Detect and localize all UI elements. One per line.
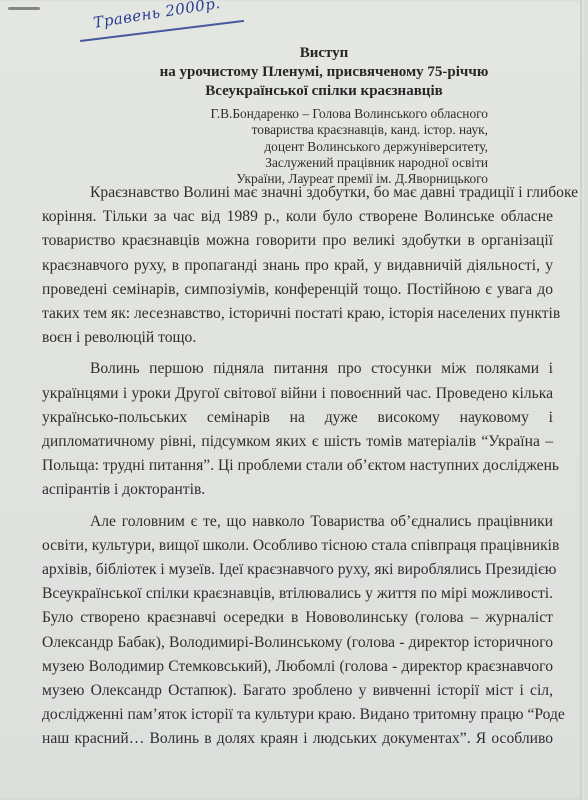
author-line: товариства краєзнавців, канд. істор. нау… xyxy=(128,122,488,138)
text-line: Але головним є те, що навколо Товариства… xyxy=(42,510,553,534)
text-line: Олександр Бабак), Володимирі-Волинському… xyxy=(42,631,553,655)
text-line: дипломатичному рівні, підсумком яких є ш… xyxy=(42,430,553,454)
text-line: Польща: трудні питання”. Ці проблеми ста… xyxy=(42,454,553,478)
handwritten-date-note: Травень 2000р. xyxy=(92,0,222,32)
paragraph-3: Але головним є те, що навколо Товариства… xyxy=(42,510,553,752)
text-line: українсько-польських семінарів на дуже в… xyxy=(42,406,553,430)
author-line: доцент Волинського держуніверситету, xyxy=(128,139,488,155)
text-line: проведені семінарів, симпозіумів, конфер… xyxy=(42,278,553,302)
text-line: музею Володимир Стемковський), Любомлі (… xyxy=(42,655,553,679)
text-line: таких тем як: лесезнавство, історичні по… xyxy=(42,302,553,326)
document-body: Краєзнавство Волині має значні здобутки,… xyxy=(42,181,553,759)
text-line: українцями і уроки Другої світової війни… xyxy=(42,382,553,406)
document-page: Травень 2000р. Виступ на урочистому Плен… xyxy=(0,0,584,800)
title-line-2: на урочистому Пленумі, присвяченому 75-р… xyxy=(60,63,588,82)
text-line: воєн і революцій тощо. xyxy=(42,326,553,350)
page-edge xyxy=(580,0,584,800)
text-line: Краєзнавство Волині має значні здобутки,… xyxy=(42,181,553,205)
author-line: Г.В.Бондаренко – Голова Волинського обла… xyxy=(128,106,488,122)
text-line: аспірантів і докторантів. xyxy=(42,478,553,502)
text-line: товариство краєзнавців можна говорити пр… xyxy=(42,229,553,253)
text-line: коріння. Тільки за час від 1989 р., коли… xyxy=(42,205,553,229)
text-line: музею Олександр Остапюк). Багато зроблен… xyxy=(42,679,553,703)
text-line: Волинь першою підняла питання про стосун… xyxy=(42,357,553,381)
text-line: краєзнавчого руху, в пропаганді знань пр… xyxy=(42,254,553,278)
paragraph-2: Волинь першою підняла питання про стосун… xyxy=(42,357,553,502)
author-credentials: Г.В.Бондаренко – Голова Волинського обла… xyxy=(128,106,488,187)
text-line: наш красний… Волинь в долях краян і людс… xyxy=(42,727,553,751)
text-line: освіти, культури, вищої школи. Особливо … xyxy=(42,534,553,558)
staple-mark xyxy=(8,7,40,10)
title-line-1: Виступ xyxy=(60,44,588,63)
text-line: дослідженні пам’яток історії та культури… xyxy=(42,703,553,727)
paragraph-1: Краєзнавство Волині має значні здобутки,… xyxy=(42,181,553,350)
text-line: Всеукраїнської спілки краєзнавців, втілю… xyxy=(42,582,553,606)
author-line: Заслужений працівник народної освіти xyxy=(128,155,488,171)
title-line-3: Всеукраїнської спілки краєзнавців xyxy=(60,82,588,101)
document-title: Виступ на урочистому Пленумі, присвячено… xyxy=(0,44,588,101)
text-line: Було створено краєзнавчі осередки в Ново… xyxy=(42,606,553,630)
text-line: архівів, бібліотек і музеїв. Ідеї краєзн… xyxy=(42,558,553,582)
